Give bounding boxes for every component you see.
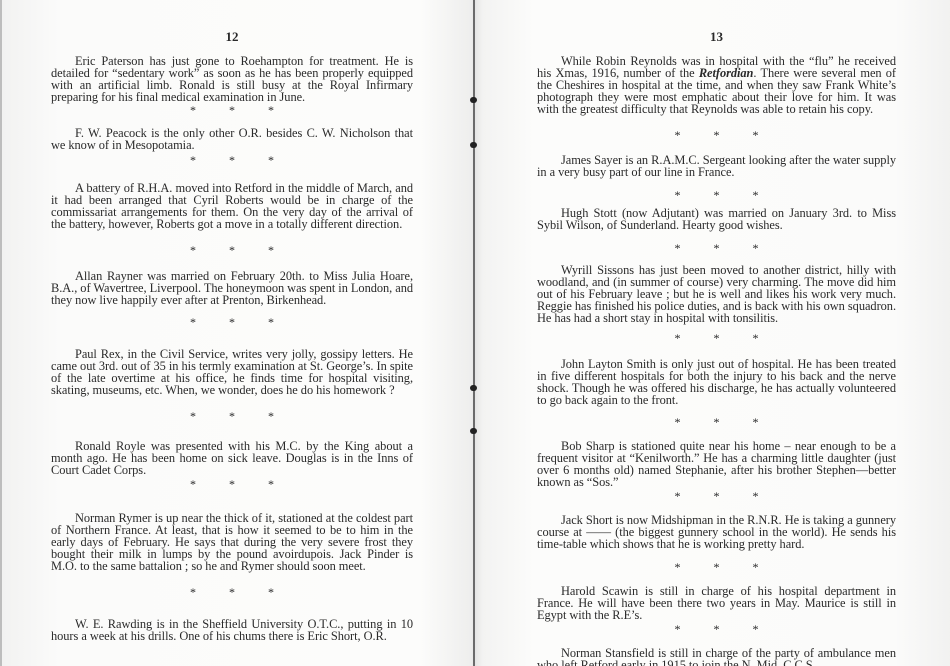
stitch-mark: [470, 385, 477, 391]
news-item: While Robin Reynolds was in hospital wit…: [537, 55, 896, 129]
paragraph: John Layton Smith is only just out of ho…: [537, 358, 896, 406]
separator: * * *: [51, 410, 413, 422]
separator: * * *: [51, 586, 413, 598]
paragraph: A battery of R.H.A. moved into Retford i…: [51, 182, 413, 230]
news-item: Paul Rex, in the Civil Service, writes v…: [51, 348, 413, 410]
separator: * * *: [51, 154, 413, 166]
paragraph: F. W. Peacock is the only other O.R. bes…: [51, 127, 413, 151]
separator: * * *: [537, 129, 896, 141]
page-number: 12: [51, 30, 413, 44]
book-spread: 12 Eric Paterson has just gone to Roeham…: [0, 0, 950, 666]
right-page: 13 While Robin Reynolds was in hospital …: [537, 0, 896, 666]
separator: * * *: [537, 623, 896, 635]
news-item: Jack Short is now Midshipman in the R.N.…: [537, 514, 896, 552]
paragraph: Jack Short is now Midshipman in the R.N.…: [537, 514, 896, 550]
page-number: 13: [537, 30, 896, 44]
paragraph: W. E. Rawding is in the Sheffield Univer…: [51, 618, 413, 642]
paragraph: Ronald Royle was presented with his M.C.…: [51, 440, 413, 476]
separator: * * *: [51, 478, 413, 490]
paragraph: Norman Stansfield is still in charge of …: [537, 647, 896, 666]
separator: * * *: [537, 490, 896, 502]
paragraph: Paul Rex, in the Civil Service, writes v…: [51, 348, 413, 396]
stitch-mark: [470, 142, 477, 148]
stitch-mark: [470, 97, 477, 103]
paragraph: Eric Paterson has just gone to Roehampto…: [51, 55, 413, 103]
paragraph: Allan Rayner was married on February 20t…: [51, 270, 413, 306]
paragraph: Wyrill Sissons has just been moved to an…: [537, 264, 896, 324]
paragraph: Harold Scawin is still in charge of his …: [537, 585, 896, 621]
stitch-mark: [470, 428, 477, 434]
separator: * * *: [51, 316, 413, 328]
news-item: Wyrill Sissons has just been moved to an…: [537, 264, 896, 326]
news-item: Hugh Stott (now Adjutant) was married on…: [537, 207, 896, 233]
separator: * * *: [51, 244, 413, 256]
news-item: Ronald Royle was presented with his M.C.…: [51, 440, 413, 478]
news-item: Norman Stansfield is still in charge of …: [537, 647, 896, 666]
separator: * * *: [537, 561, 896, 573]
news-item: F. W. Peacock is the only other O.R. bes…: [51, 127, 413, 152]
news-item: John Layton Smith is only just out of ho…: [537, 358, 896, 408]
left-page: 12 Eric Paterson has just gone to Roeham…: [51, 0, 413, 666]
news-item: James Sayer is an R.A.M.C. Sergeant look…: [537, 154, 896, 180]
news-item: Eric Paterson has just gone to Roehampto…: [51, 55, 413, 104]
news-item: Harold Scawin is still in charge of his …: [537, 585, 896, 623]
separator: * * *: [537, 189, 896, 201]
news-item: A battery of R.H.A. moved into Retford i…: [51, 182, 413, 244]
news-item: W. E. Rawding is in the Sheffield Univer…: [51, 618, 413, 642]
news-item: Bob Sharp is stationed quite near his ho…: [537, 440, 896, 490]
paragraph: Bob Sharp is stationed quite near his ho…: [537, 440, 896, 488]
news-item: Allan Rayner was married on February 20t…: [51, 270, 413, 308]
separator: * * *: [537, 416, 896, 428]
paragraph: Norman Rymer is up near the thick of it,…: [51, 512, 413, 572]
news-item: Norman Rymer is up near the thick of it,…: [51, 512, 413, 586]
separator: * * *: [51, 104, 413, 116]
separator: * * *: [537, 332, 896, 344]
paragraph: James Sayer is an R.A.M.C. Sergeant look…: [537, 154, 896, 178]
separator: * * *: [537, 242, 896, 254]
paragraph: Hugh Stott (now Adjutant) was married on…: [537, 207, 896, 231]
paragraph: While Robin Reynolds was in hospital wit…: [537, 55, 896, 115]
